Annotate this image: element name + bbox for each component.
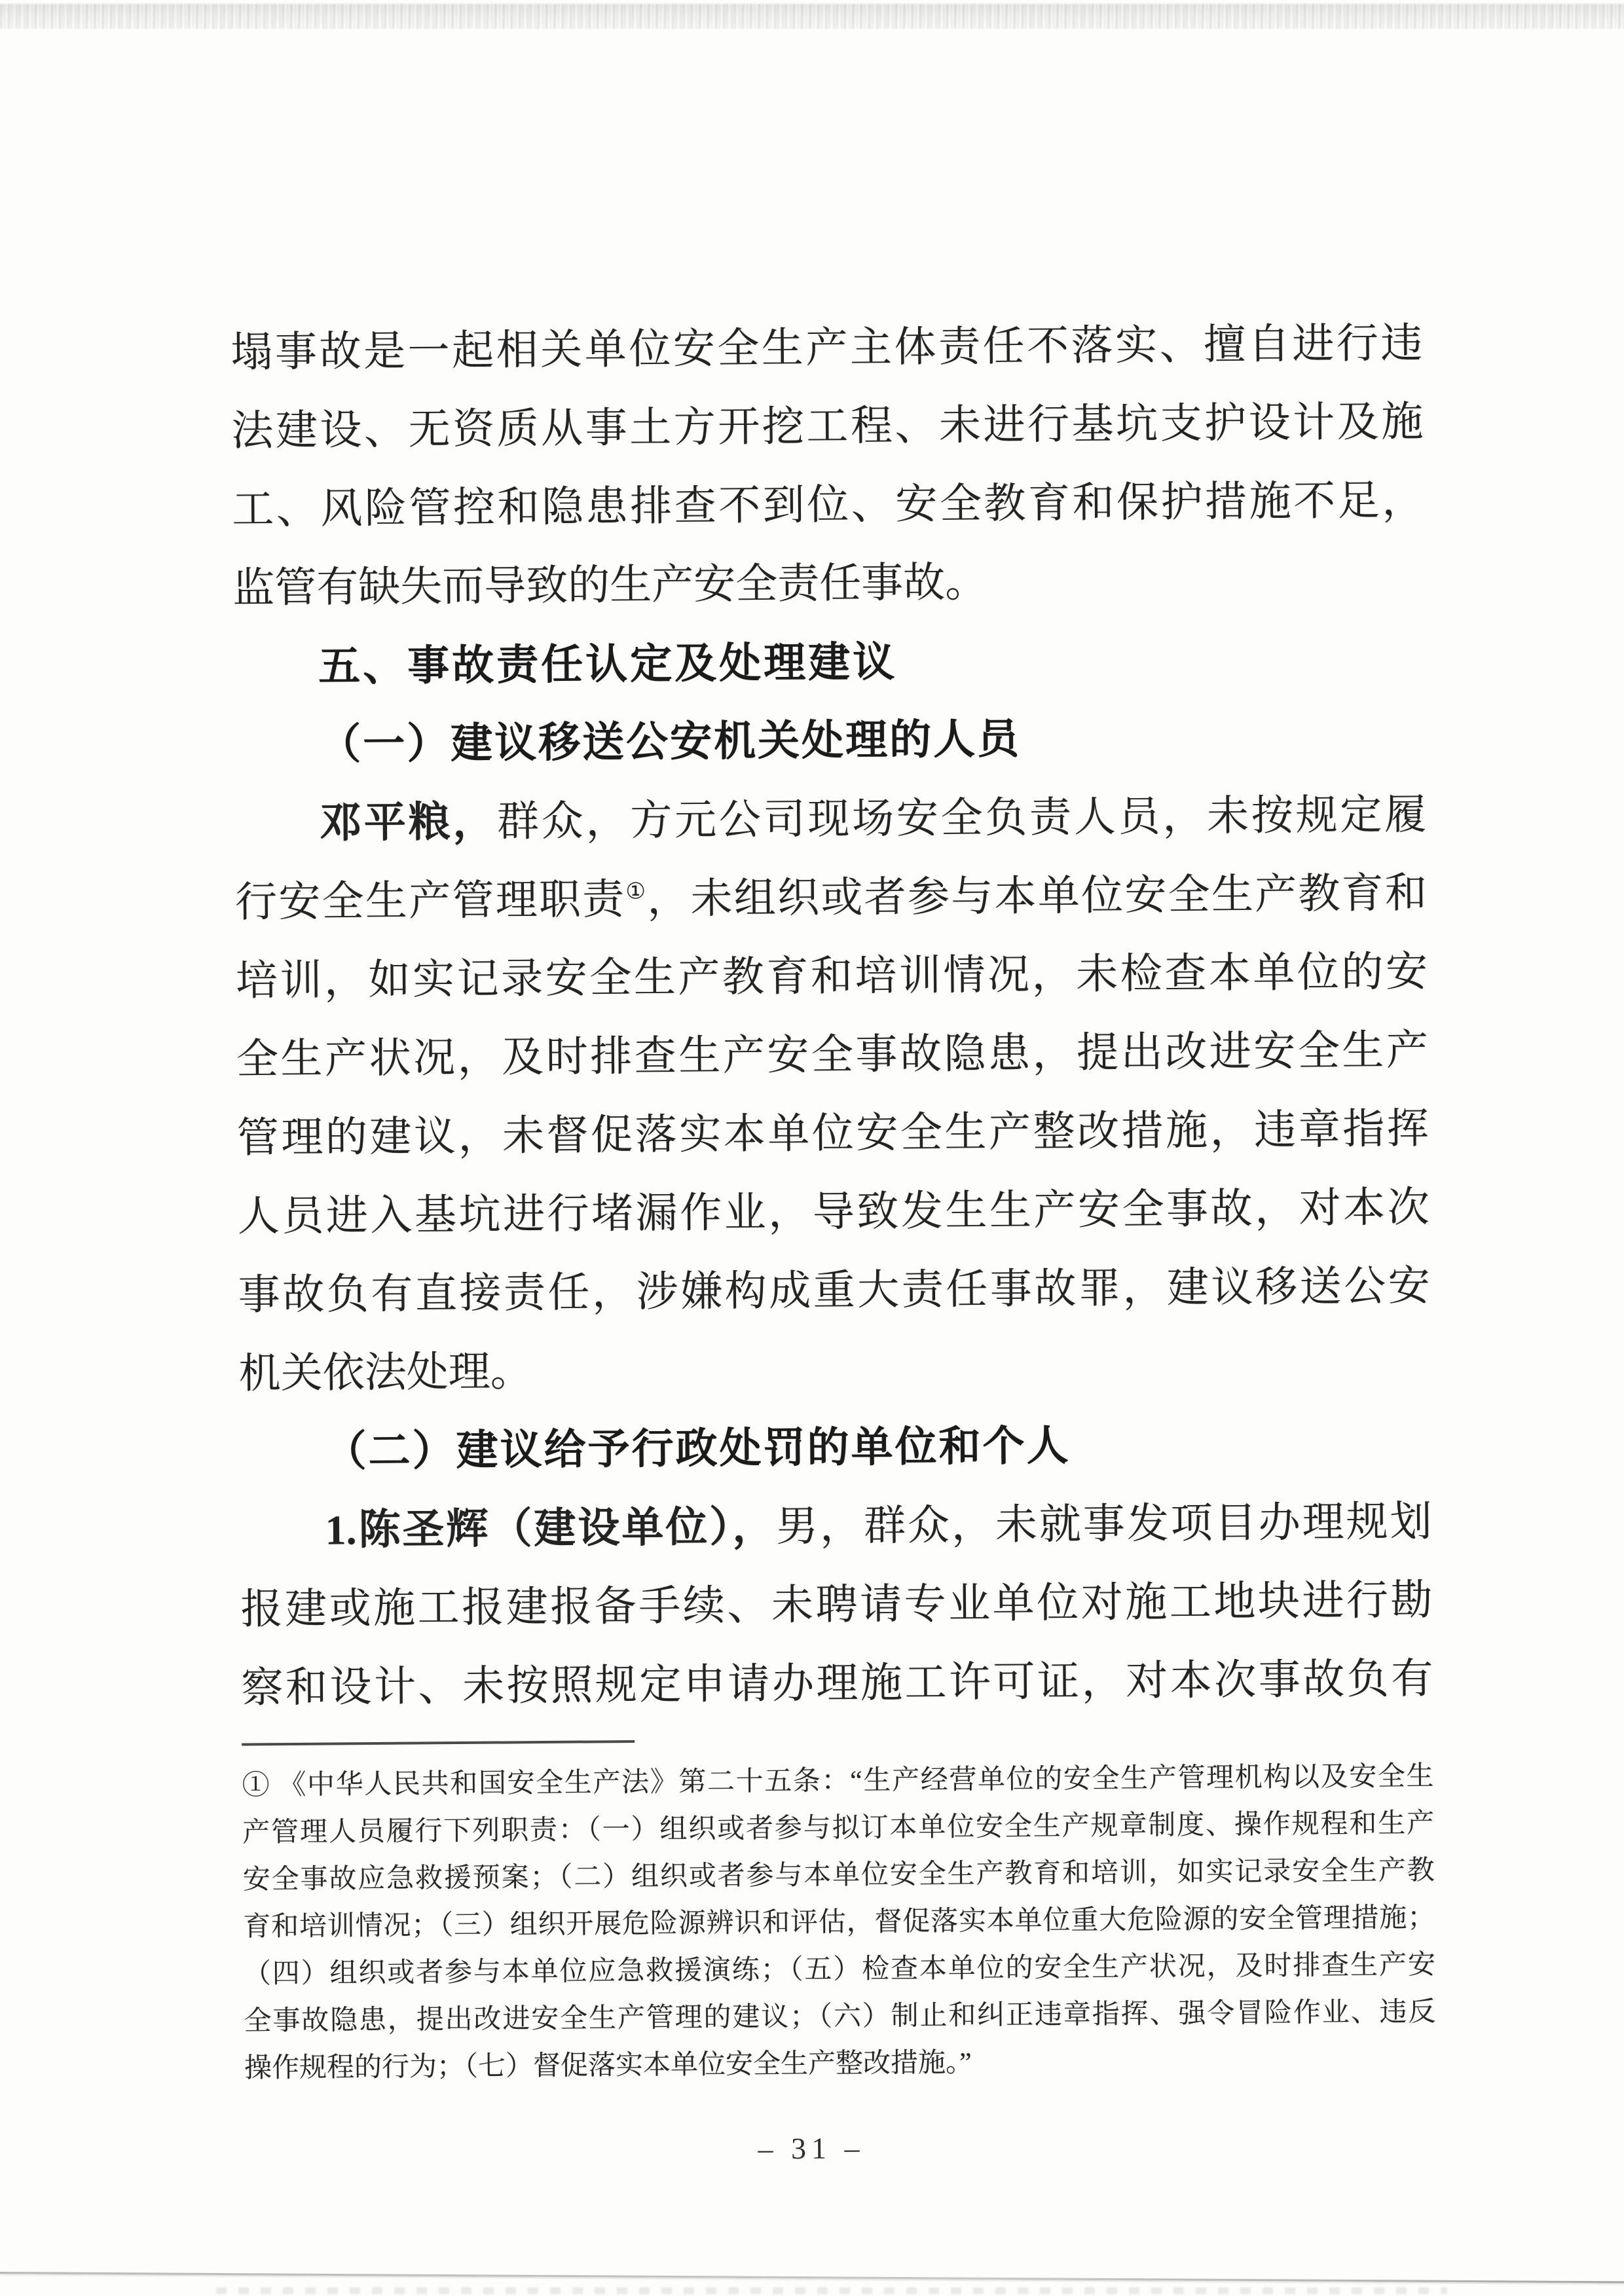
text-segment: 监管有缺失而导致的生产安全责任事故。 bbox=[232, 559, 987, 611]
text-segment: 五、事故责任认定及处理建议 bbox=[318, 638, 898, 690]
scanned-content: 塌事故是一起相关单位安全生产主体责任不落实、擅自进行违法建设、无资质从事土方开挖… bbox=[0, 0, 1624, 2296]
emphasized-name: 邓平粮， bbox=[320, 799, 498, 847]
text-segment: 事故负有直接责任，涉嫌构成重大责任事故罪，建议移送公安 bbox=[238, 1262, 1430, 1318]
emphasized-name: 1.陈圣辉（建设单位）， bbox=[325, 1503, 776, 1553]
body-text-block: 塌事故是一起相关单位安全生产主体责任不落实、擅自进行违法建设、无资质从事土方开挖… bbox=[231, 304, 1433, 1727]
section-heading: 五、事故责任认定及处理建议 bbox=[233, 618, 1426, 706]
body-line: 监管有缺失而导致的生产安全责任事故。 bbox=[232, 539, 1425, 627]
text-segment: ① 《中华人民共和国安全生产法》第二十五条：“生产经营单位的安全生产管理机构以及… bbox=[242, 1761, 1433, 1800]
text-segment: 安全事故应急救援预案；（二）组织或者参与本单位安全生产教育和培训，如实记录安全生… bbox=[243, 1855, 1435, 1895]
body-line: 行安全生产管理职责①，未组织或者参与本单位安全生产教育和 bbox=[235, 854, 1428, 941]
footnote-line: 操作规程的行为；（七）督促落实本单位安全生产整改措施。” bbox=[244, 2035, 1437, 2092]
text-segment: 察和设计、未按照规定申请办理施工许可证，对本次事故负有 bbox=[241, 1655, 1433, 1711]
body-line: 人员进入基坑进行堵漏作业，导致发生生产安全事故，对本次 bbox=[237, 1168, 1430, 1256]
body-line: 机关依法处理。 bbox=[238, 1325, 1431, 1413]
body-line: 报建或施工报建报备手续、未聘请专业单位对施工地块进行勘 bbox=[240, 1561, 1433, 1649]
text-segment: 群众，方元公司现场安全负责人员，未按规定履 bbox=[497, 791, 1427, 845]
text-segment: 育和培训情况；（三）组织开展危险源辨识和评估，督促落实本单位重大危险源的安全管理… bbox=[243, 1903, 1435, 1942]
sub-section-heading: （二）建议给予行政处罚的单位和个人 bbox=[239, 1404, 1431, 1491]
body-line: 察和设计、未按照规定申请办理施工许可证，对本次事故负有 bbox=[241, 1639, 1433, 1727]
footnote-block: ① 《中华人民共和国安全生产法》第二十五条：“生产经营单位的安全生产管理机构以及… bbox=[242, 1753, 1436, 2092]
text-segment: 全生产状况，及时排查生产安全事故隐患，提出改进安全生产 bbox=[236, 1027, 1429, 1082]
footnote-separator bbox=[242, 1740, 635, 1746]
text-segment: 产管理人员履行下列职责：（一）组织或者参与拟订本单位安全生产规章制度、操作规程和… bbox=[242, 1808, 1434, 1848]
text-segment: （四）组织或者参与本单位应急救援演练；（五）检查本单位的安全生产状况，及时排查生… bbox=[244, 1950, 1435, 1989]
text-segment: （一）建议移送公安机关处理的人员 bbox=[319, 716, 1022, 767]
text-segment: 机关依法处理。 bbox=[238, 1348, 532, 1397]
text-segment: 人员进入基坑进行堵漏作业，导致发生生产安全事故，对本次 bbox=[238, 1184, 1430, 1239]
body-line: 培训，如实记录安全生产教育和培训情况，未检查本单位的安 bbox=[236, 932, 1428, 1020]
page-number: – 31 – bbox=[9, 2124, 1614, 2172]
footnote-ref-marker: ① bbox=[625, 879, 647, 903]
body-line: 管理的建议，未督促落实本单位安全生产整改措施，违章指挥 bbox=[236, 1089, 1429, 1177]
document-page: 塌事故是一起相关单位安全生产主体责任不落实、擅自进行违法建设、无资质从事土方开挖… bbox=[0, 0, 1624, 2296]
body-line: 事故负有直接责任，涉嫌构成重大责任事故罪，建议移送公安 bbox=[238, 1247, 1430, 1334]
scan-smudge bbox=[216, 2287, 1447, 2294]
text-segment: 全事故隐患，提出改进安全生产管理的建议；（六）制止和纠正违章指挥、强令冒险作业、… bbox=[244, 1997, 1435, 2036]
text-segment: 管理的建议，未督促落实本单位安全生产整改措施，违章指挥 bbox=[237, 1105, 1430, 1161]
text-segment: 塌事故是一起相关单位安全生产主体责任不落实、擅自进行违 bbox=[231, 319, 1423, 375]
body-line: 工、风险管控和隐患排查不到位、安全教育和保护措施不足， bbox=[232, 461, 1424, 549]
body-line: 1.陈圣辉（建设单位），男，群众，未就事发项目办理规划 bbox=[240, 1482, 1432, 1570]
body-line: 邓平粮，群众，方元公司现场安全负责人员，未按规定履 bbox=[234, 775, 1427, 863]
text-segment: 操作规程的行为；（七）督促落实本单位安全生产整改措施。” bbox=[244, 2048, 972, 2084]
sub-section-heading: （一）建议移送公安机关处理的人员 bbox=[234, 697, 1426, 784]
text-segment: （二）建议给予行政处罚的单位和个人 bbox=[324, 1423, 1071, 1475]
text-segment: 工、风险管控和隐患排查不到位、安全教育和保护措施不足， bbox=[232, 477, 1424, 532]
body-line: 法建设、无资质从事土方开挖工程、未进行基坑支护设计及施 bbox=[231, 382, 1424, 470]
text-segment: 报建或施工报建报备手续、未聘请专业单位对施工地块进行勘 bbox=[240, 1576, 1433, 1632]
text-segment: 法建设、无资质从事土方开挖工程、未进行基坑支护设计及施 bbox=[231, 398, 1424, 454]
text-segment: ，未组织或者参与本单位安全生产教育和 bbox=[647, 869, 1427, 922]
footnote-line: 全事故隐患，提出改进安全生产管理的建议；（六）制止和纠正违章指挥、强令冒险作业、… bbox=[244, 1988, 1436, 2045]
text-segment: 行安全生产管理职责 bbox=[235, 876, 626, 926]
body-line: 塌事故是一起相关单位安全生产主体责任不落实、擅自进行违 bbox=[231, 304, 1423, 392]
text-segment: 男，群众，未就事发项目办理规划 bbox=[776, 1498, 1432, 1550]
text-segment: 培训，如实记录安全生产教育和培训情况，未检查本单位的安 bbox=[236, 948, 1428, 1004]
body-line: 全生产状况，及时排查生产安全事故隐患，提出改进安全生产 bbox=[236, 1011, 1428, 1099]
